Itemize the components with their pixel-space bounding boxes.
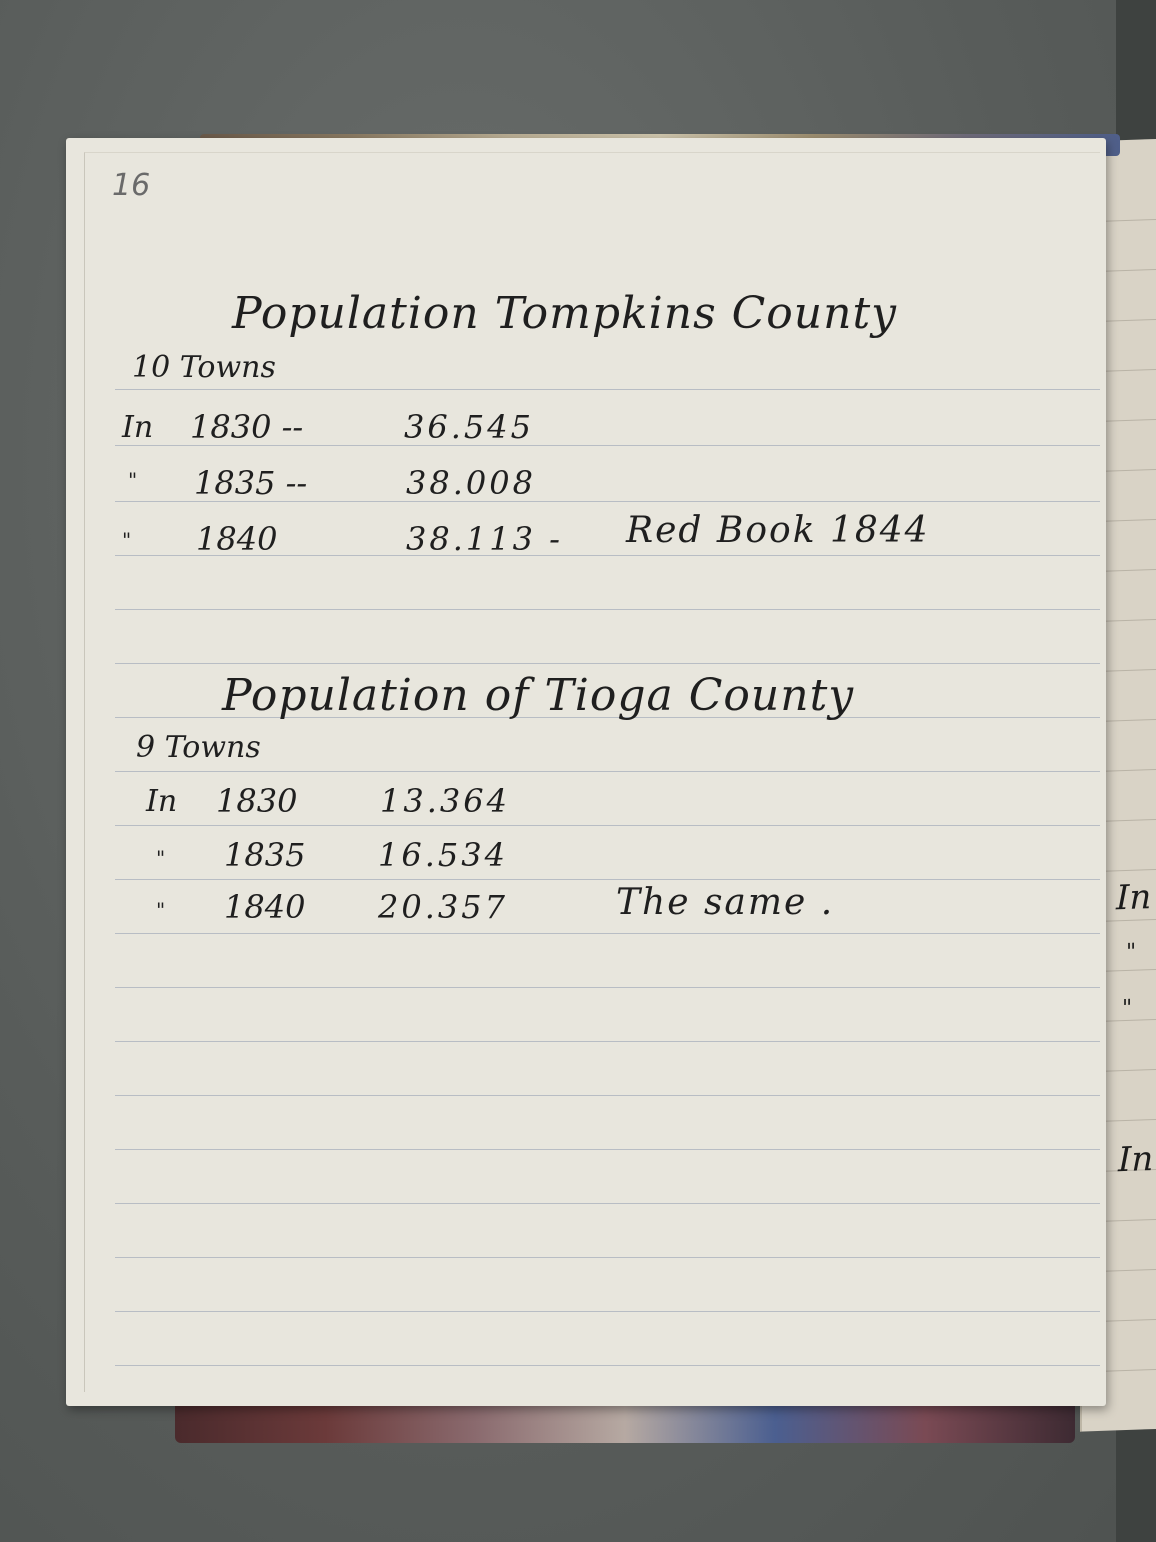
section-subtitle: 10 Towns <box>132 350 276 385</box>
facing-page-fragment: " <box>1126 940 1136 965</box>
row-prefix: " <box>122 528 131 552</box>
facing-page-fragment: In <box>1118 1139 1153 1180</box>
row-value: 38.113 - <box>406 520 563 558</box>
notebook-page: 16 Population Tompkins County 10 Towns I… <box>66 138 1106 1406</box>
section-subtitle: 9 Towns <box>136 730 261 765</box>
section-title: Population of Tioga County <box>222 670 854 721</box>
row-prefix: " <box>156 898 165 922</box>
row-year: 1840 <box>224 888 305 926</box>
row-prefix: " <box>156 846 165 870</box>
row-year: 1840 <box>196 520 277 558</box>
row-value: 16.534 <box>378 836 508 874</box>
facing-page-fragment: " <box>1122 996 1132 1021</box>
row-year: 1835 <box>224 836 305 874</box>
row-value: 20.357 <box>378 888 508 926</box>
row-value: 38.008 <box>406 464 536 502</box>
row-note: The same . <box>616 882 834 923</box>
facing-page-fragment: In <box>1116 877 1151 918</box>
row-year: 1835 -- <box>194 464 307 502</box>
row-value: 13.364 <box>380 782 510 820</box>
row-prefix: In <box>146 784 177 819</box>
row-note: Red Book 1844 <box>626 510 930 551</box>
page-number: 16 <box>112 168 150 203</box>
section-title: Population Tompkins County <box>232 288 897 339</box>
row-prefix: " <box>128 468 137 492</box>
row-year: 1830 -- <box>190 408 303 446</box>
row-value: 36.545 <box>404 408 534 446</box>
row-year: 1830 <box>216 782 297 820</box>
row-prefix: In <box>122 410 153 445</box>
